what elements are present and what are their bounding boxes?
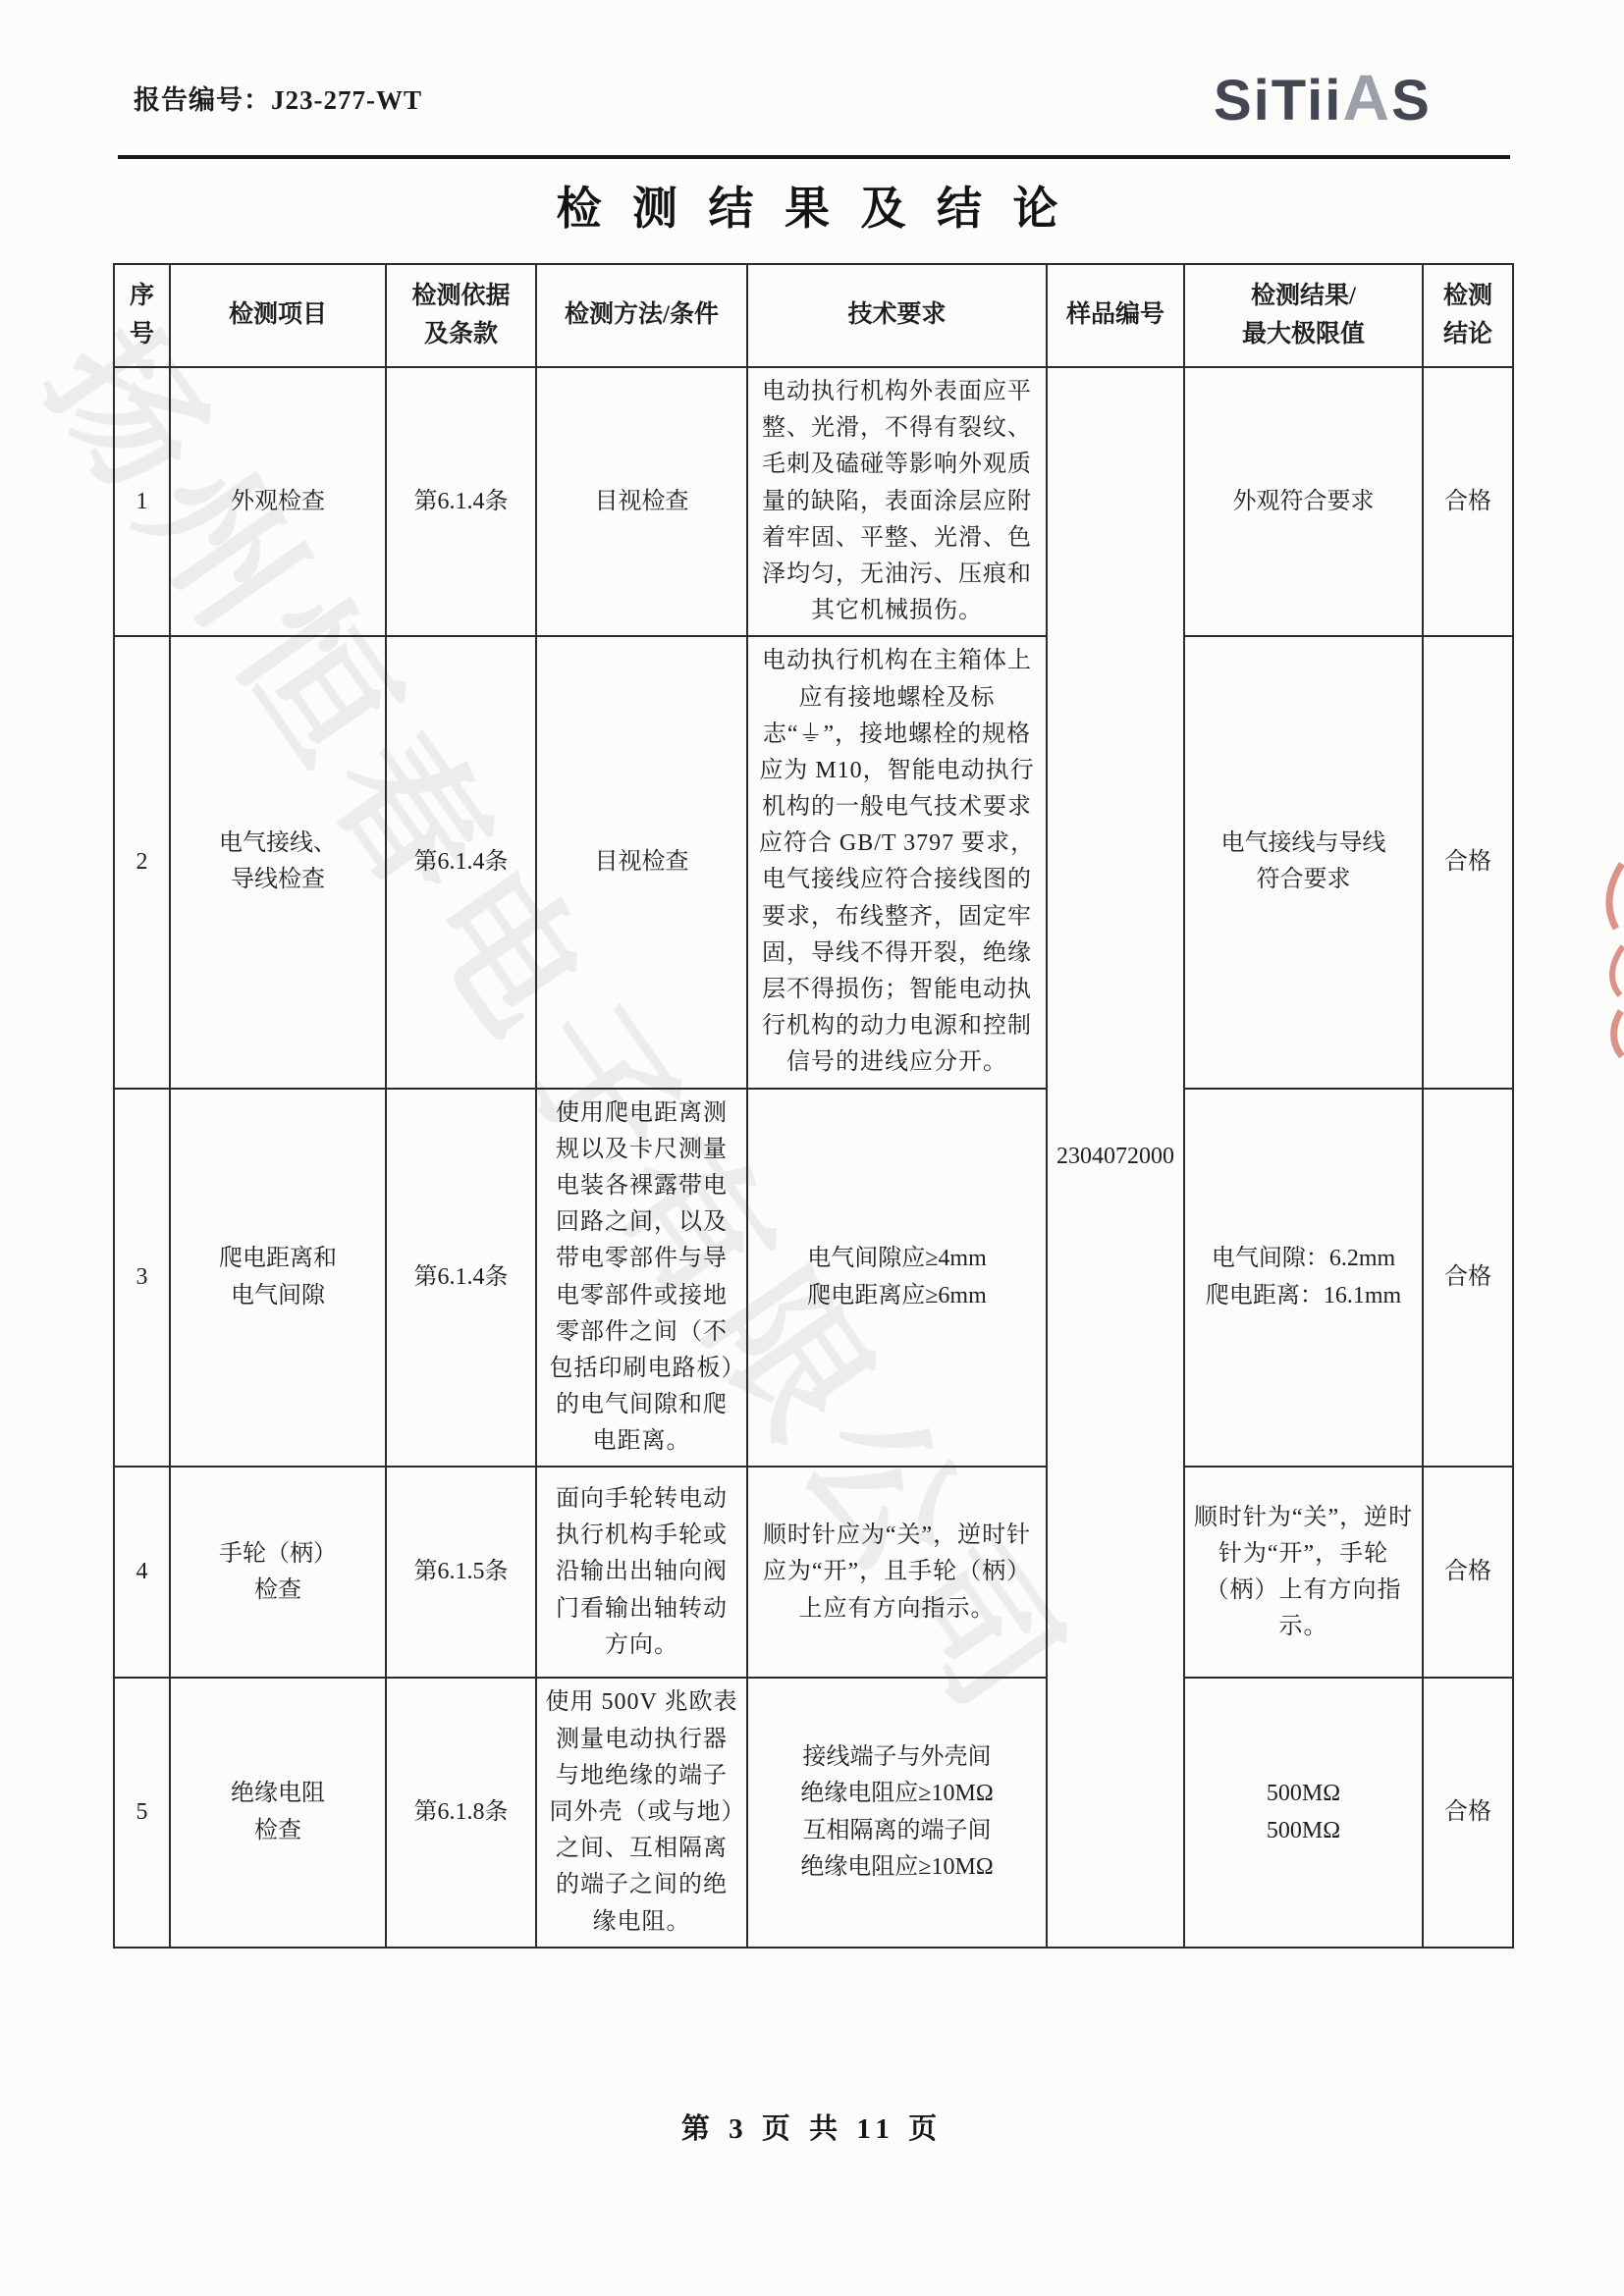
cell-item: 外观检查 [170, 367, 386, 636]
report-number-value: J23-277-WT [271, 85, 422, 115]
col-header-requirement: 技术要求 [747, 264, 1047, 367]
cell-item: 手轮（柄） 检查 [170, 1467, 386, 1678]
logo-text-suffix: S [1391, 69, 1432, 133]
logo-letter-a: A [1342, 61, 1391, 133]
cell-conclusion: 合格 [1423, 1467, 1513, 1678]
table-row: 4 手轮（柄） 检查 第6.1.5条 面向手轮转电动执行机构手轮或沿输出出轴向阀… [114, 1467, 1513, 1678]
cell-basis: 第6.1.4条 [386, 636, 536, 1088]
report-number-label: 报告编号： [134, 85, 271, 115]
cell-basis: 第6.1.4条 [386, 1089, 536, 1468]
cell-result: 顺时针为“关”，逆时针为“开”，手轮（柄）上有方向指示。 [1184, 1467, 1423, 1678]
cell-result: 500MΩ 500MΩ [1184, 1678, 1423, 1947]
cell-item: 爬电距离和 电气间隙 [170, 1089, 386, 1468]
cell-no: 4 [114, 1467, 170, 1678]
page-title: 检 测 结 果 及 结 论 [0, 173, 1624, 238]
cell-conclusion: 合格 [1423, 1678, 1513, 1947]
header-divider [118, 155, 1510, 159]
page-footer: 第 3 页 共 11 页 [0, 2107, 1624, 2147]
cell-method: 使用爬电距离测规以及卡尺测量电装各裸露带电回路之间，以及带电零部件与导电零部件或… [536, 1089, 747, 1468]
cell-method: 使用 500V 兆欧表测量电动执行器与地绝缘的端子同外壳（或与地）之间、互相隔离… [536, 1678, 747, 1947]
cell-conclusion: 合格 [1423, 1089, 1513, 1468]
logo-text-primary: SiTii [1214, 69, 1342, 133]
table-header-row: 序号 检测项目 检测依据 及条款 检测方法/条件 技术要求 样品编号 检测结果/… [114, 264, 1513, 367]
table-row: 5 绝缘电阻 检查 第6.1.8条 使用 500V 兆欧表测量电动执行器与地绝缘… [114, 1678, 1513, 1947]
cell-requirement: 接线端子与外壳间 绝缘电阻应≥10MΩ 互相隔离的端子间 绝缘电阻应≥10MΩ [747, 1678, 1047, 1947]
table-row: 3 爬电距离和 电气间隙 第6.1.4条 使用爬电距离测规以及卡尺测量电装各裸露… [114, 1089, 1513, 1468]
col-header-result: 检测结果/ 最大极限值 [1184, 264, 1423, 367]
cell-basis: 第6.1.8条 [386, 1678, 536, 1947]
cell-basis: 第6.1.4条 [386, 367, 536, 636]
cell-method: 面向手轮转电动执行机构手轮或沿输出出轴向阀门看输出轴转动方向。 [536, 1467, 747, 1678]
col-header-method: 检测方法/条件 [536, 264, 747, 367]
red-stamp-fragment [1595, 856, 1624, 1062]
cell-result: 外观符合要求 [1184, 367, 1423, 636]
cell-conclusion: 合格 [1423, 636, 1513, 1088]
cell-requirement: 电动执行机构在主箱体上应有接地螺栓及标志“⏚”，接地螺栓的规格应为 M10，智能… [747, 636, 1047, 1088]
col-header-no: 序号 [114, 264, 170, 367]
results-table: 序号 检测项目 检测依据 及条款 检测方法/条件 技术要求 样品编号 检测结果/… [113, 263, 1514, 1949]
col-header-item: 检测项目 [170, 264, 386, 367]
cell-requirement: 顺时针应为“关”，逆时针应为“开”，且手轮（柄）上应有方向指示。 [747, 1467, 1047, 1678]
cell-item: 电气接线、 导线检查 [170, 636, 386, 1088]
cell-result: 电气接线与导线 符合要求 [1184, 636, 1423, 1088]
cell-no: 3 [114, 1089, 170, 1468]
cell-no: 2 [114, 636, 170, 1088]
cell-basis: 第6.1.5条 [386, 1467, 536, 1678]
cell-item: 绝缘电阻 检查 [170, 1678, 386, 1947]
cell-no: 5 [114, 1678, 170, 1947]
report-number: 报告编号：J23-277-WT [134, 79, 422, 117]
cell-method: 目视检查 [536, 636, 747, 1088]
document-page: 扬州恒春电子有限公司 报告编号：J23-277-WT SiTiiAS 检 测 结… [0, 0, 1624, 2296]
cell-no: 1 [114, 367, 170, 636]
col-header-sample-no: 样品编号 [1047, 264, 1184, 367]
cell-requirement: 电气间隙应≥4mm 爬电距离应≥6mm [747, 1089, 1047, 1468]
table-row: 2 电气接线、 导线检查 第6.1.4条 目视检查 电动执行机构在主箱体上应有接… [114, 636, 1513, 1088]
sitiias-logo: SiTiiAS [1214, 65, 1432, 130]
col-header-basis: 检测依据 及条款 [386, 264, 536, 367]
cell-sample-number: 2304072000 [1047, 367, 1184, 1948]
cell-method: 目视检查 [536, 367, 747, 636]
cell-conclusion: 合格 [1423, 367, 1513, 636]
table-row: 1 外观检查 第6.1.4条 目视检查 电动执行机构外表面应平整、光滑，不得有裂… [114, 367, 1513, 636]
col-header-conclusion: 检测 结论 [1423, 264, 1513, 367]
cell-result: 电气间隙：6.2mm 爬电距离：16.1mm [1184, 1089, 1423, 1468]
cell-requirement: 电动执行机构外表面应平整、光滑，不得有裂纹、毛刺及磕碰等影响外观质量的缺陷，表面… [747, 367, 1047, 636]
